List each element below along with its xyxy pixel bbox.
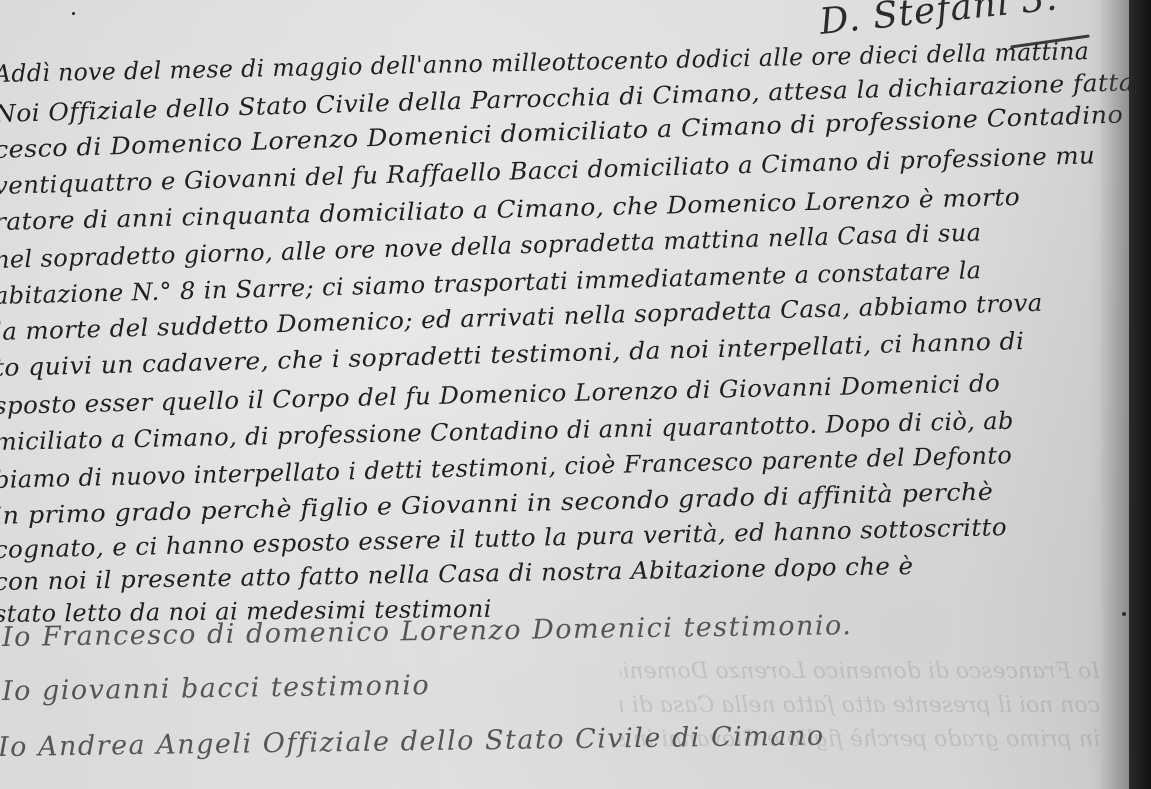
signature-giovanni: Io giovanni bacci testimonio: [2, 670, 431, 707]
bleed-line: Io Francesco di domenico Lorenzo Domenic…: [620, 655, 1100, 689]
page-edge: [1099, 0, 1131, 789]
scan-background-margin: [1129, 0, 1151, 789]
bleed-line: con noi il presente atto fatto nella Cas…: [620, 689, 1100, 723]
bleed-through-text: Io Francesco di domenico Lorenzo Domenic…: [620, 655, 1100, 775]
document-page: D. Stefani 3. Io Francesco di domenico L…: [0, 0, 1131, 789]
ink-speck: [72, 12, 75, 15]
folio-reference: D. Stefani 3.: [818, 0, 1060, 43]
